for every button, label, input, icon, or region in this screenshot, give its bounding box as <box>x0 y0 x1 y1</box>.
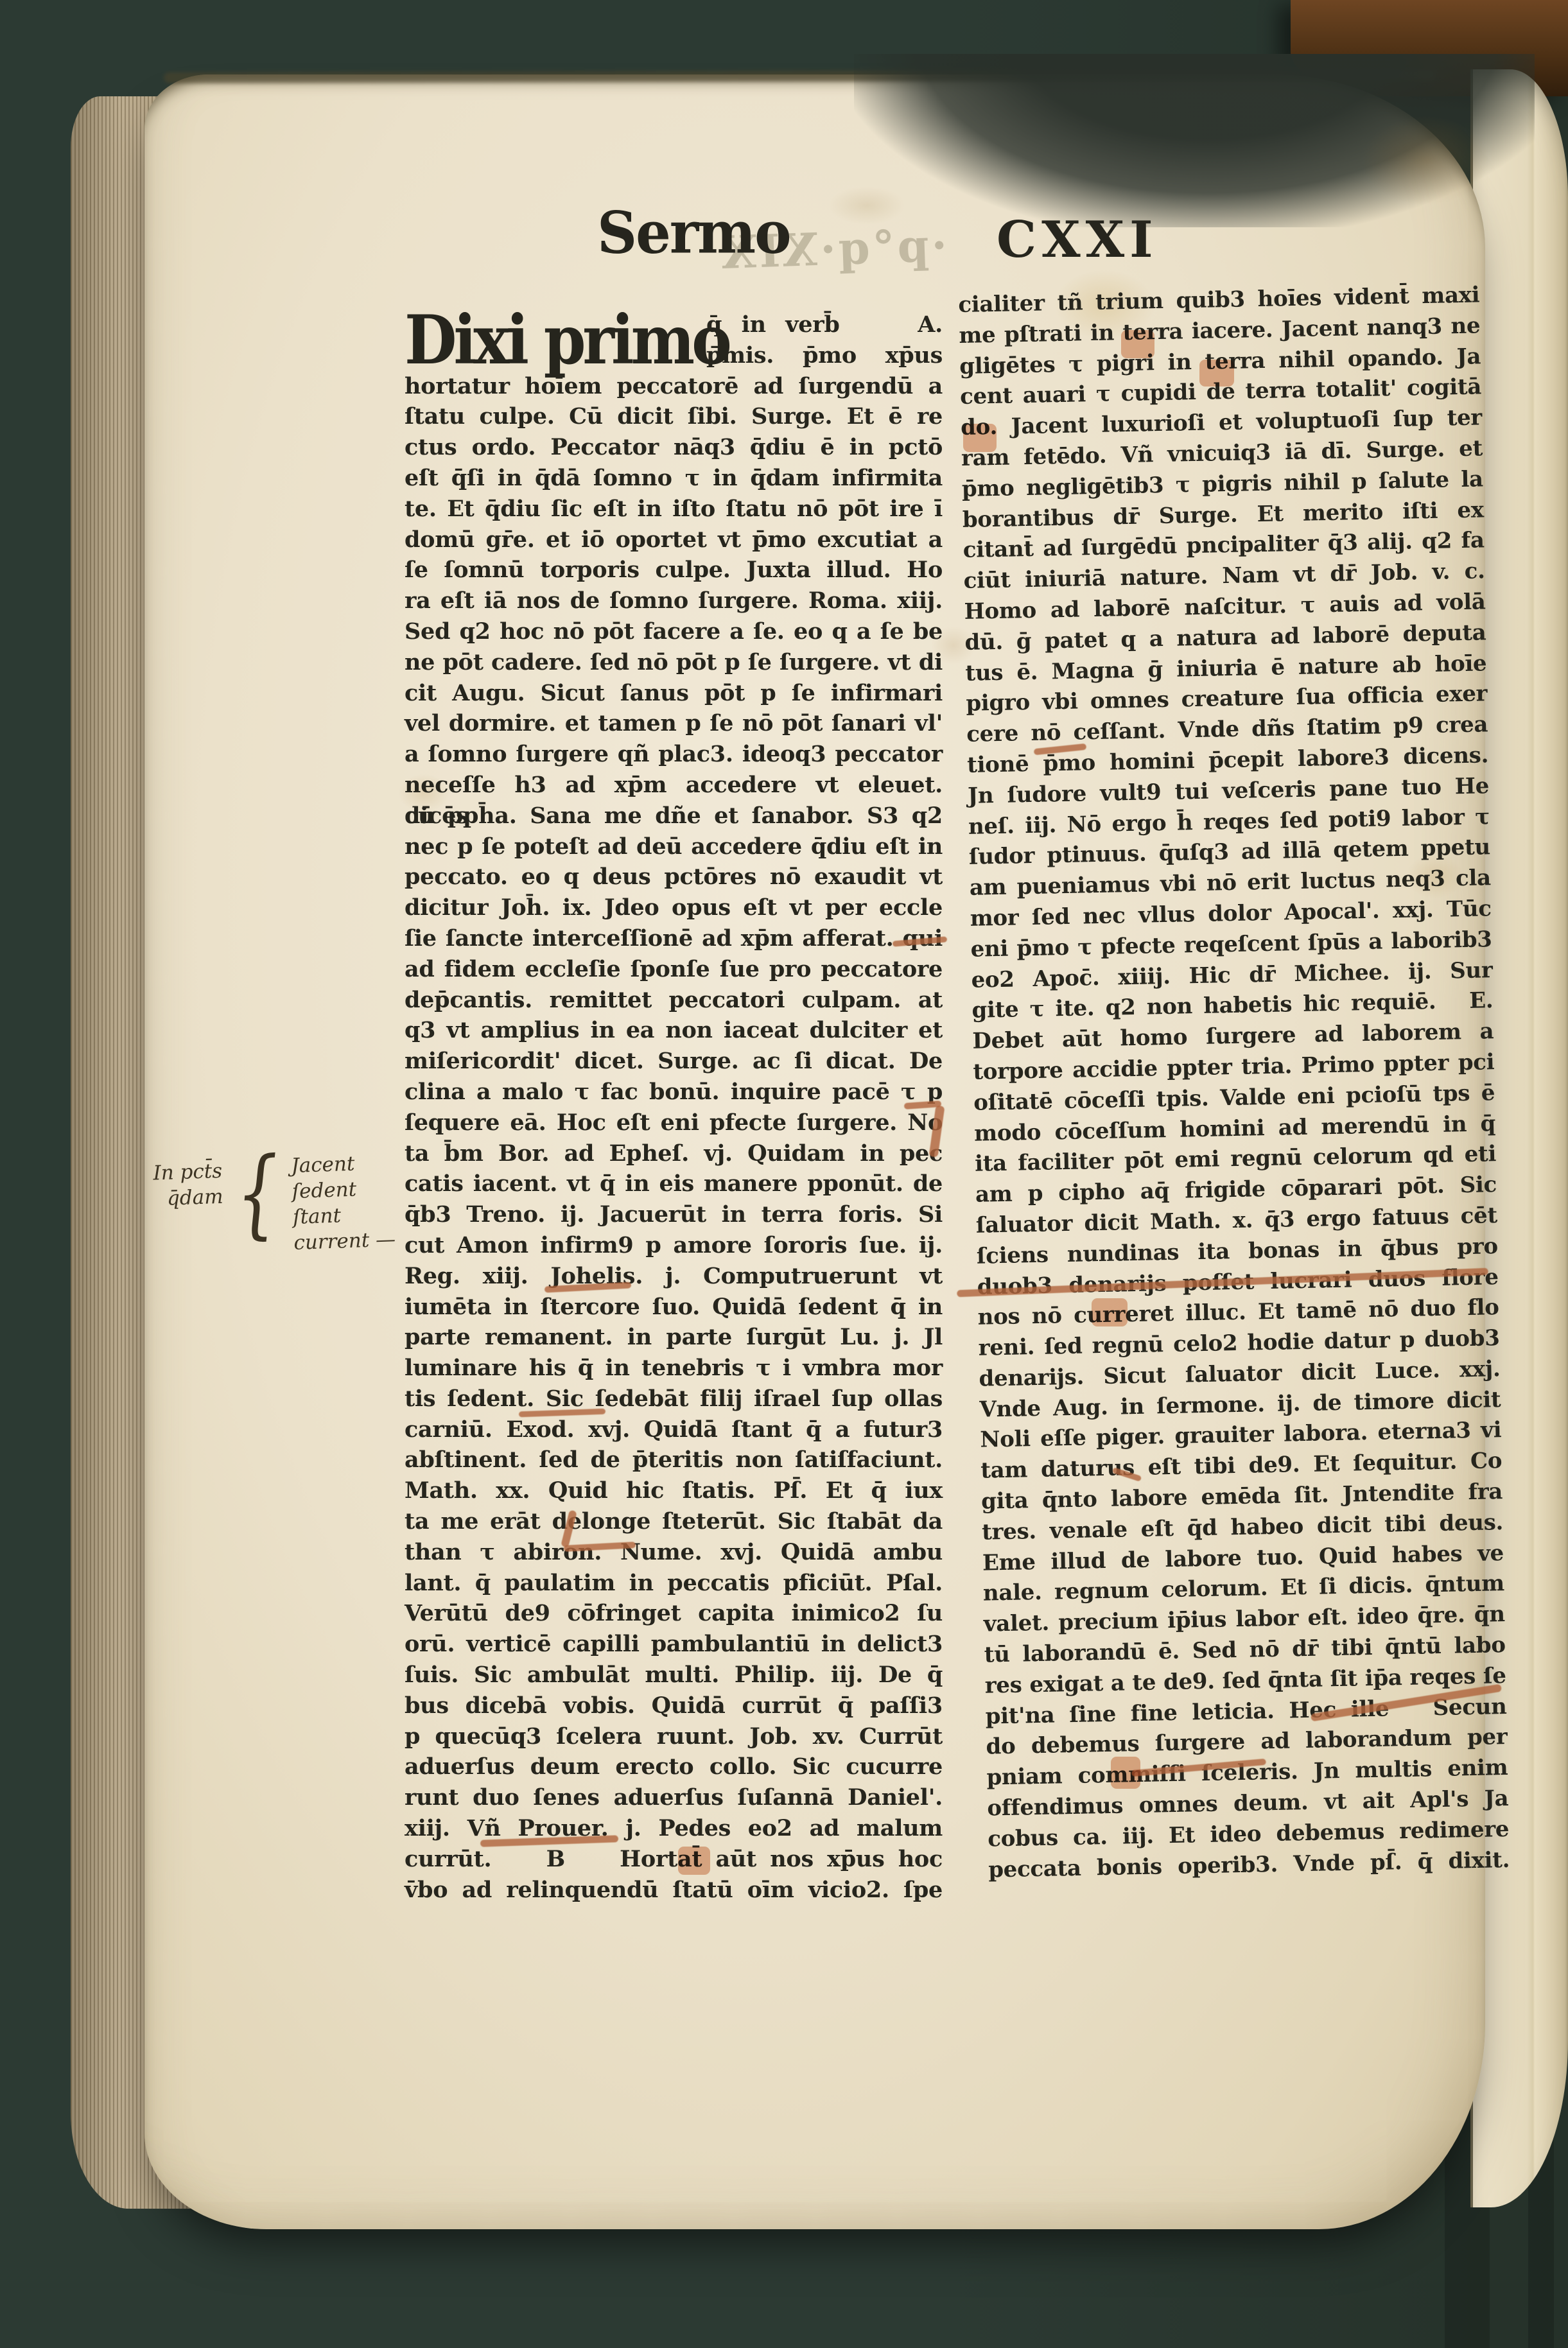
text-line: neceſſe h3 ad xp̄m accedere vt eleuet. d… <box>405 770 943 801</box>
text-column-left: Dixi primo q̄ in verb̄ A.p̄mis. p̄mo xp̄… <box>405 309 943 1905</box>
rubricated-initial-touch <box>1121 330 1154 358</box>
text-column-right: cialiter tñ trium quib3 hoīes vident̄ ma… <box>958 280 1510 1886</box>
text-line: domū gr̄e. et iō oportet vt p̄mo excutia… <box>405 525 943 555</box>
text-line: orū. verticē capilli pambulantiū in deli… <box>405 1629 943 1660</box>
incipit-row: Dixi primo q̄ in verb̄ A.p̄mis. p̄mo xp̄… <box>405 309 943 371</box>
paper-stain <box>828 186 905 225</box>
text-line: luminare his q̄ in tenebris τ i vmbra mo… <box>405 1353 943 1384</box>
handwritten-marginal-note: In pct̄s q̄dam { Jacentſedentſtantcurren… <box>112 1148 398 1262</box>
text-line: abſtinent. ſed de p̄teritis non ſatiſfac… <box>405 1445 943 1475</box>
rubricated-initial-touch <box>678 1847 710 1875</box>
right-column-body: cialiter tñ trium quib3 hoīes vident̄ ma… <box>958 280 1510 1886</box>
text-line: ſe ſomnū torporis culpe. Juxta illud. Ho <box>405 555 943 586</box>
text-line: p̄mis. p̄mo xp̄us <box>706 340 943 371</box>
photograph-of-open-incunabulum: ·p°q·XIX Sermo CXXI Dixi primo q̄ in ver… <box>0 0 1568 2348</box>
marginal-note-label-line2: q̄dam <box>114 1184 223 1213</box>
text-line: ta b̄m Bor. ad Epheſ. vj. Quidam in pec <box>405 1138 943 1169</box>
text-line: v̄bo ad relinquendū ſtatū oīm vicio2. ſp… <box>405 1875 943 1906</box>
incipit-side-lines: q̄ in verb̄ A.p̄mis. p̄mo xp̄us <box>706 309 943 371</box>
text-line: Reg. xiij. Johelis. j. Computruerunt vt <box>405 1261 943 1292</box>
text-line: clina a malo τ fac bonū. inquire pacē τ … <box>405 1077 943 1108</box>
rubricated-initial-touch <box>1199 360 1234 387</box>
text-line: cū pph̄a. Sana me dñe et ſanabor. S3 q2 <box>405 801 943 831</box>
text-line: catis iacent. vt q̄ in eis manere pponūt… <box>405 1169 943 1199</box>
text-line: cit Augu. Sicut ſanus pōt p ſe infirmari <box>405 678 943 709</box>
folio-number: CXXI <box>997 211 1158 269</box>
text-line: ſequere eā. Hoc eſt eni pfecte ſurgere. … <box>405 1108 943 1138</box>
running-title: Sermo <box>597 198 790 266</box>
incipit-large-text: Dixi primo <box>405 309 706 378</box>
text-line: dicitur Joh̄. ix. Jdeo opus eſt vt per e… <box>405 892 943 923</box>
text-line: ſuis. Sic ambulāt multi. Philip. iij. De… <box>405 1660 943 1691</box>
text-line: nec p ſe poteſt ad deū accedere q̄diu eſ… <box>405 831 943 862</box>
text-line: Sed q2 hoc nō pōt facere a ſe. eo q a ſe… <box>405 616 943 647</box>
left-column-body: hortatur hoīem peccatorē ad ſurgendū aſt… <box>405 371 943 1906</box>
text-line: ſtatu culpe. Cū dicit ſibi. Surge. Et ē … <box>405 401 943 432</box>
text-line: currūt. B Hortat̄ aūt nos xp̄us hoc <box>405 1844 943 1875</box>
text-line: eſt q̄ſi in q̄dā ſomno τ in q̄dam infirm… <box>405 463 943 494</box>
rubricated-initial-touch <box>1111 1757 1140 1789</box>
marginal-note-label: In pct̄s q̄dam <box>112 1154 225 1262</box>
text-line: ſie ſancte interceſſionē ad xp̄m afferat… <box>405 923 943 954</box>
text-line: carniū. Exod. xvj. Quidā ſtant q̄ a futu… <box>405 1414 943 1445</box>
marginal-note-brace: { <box>234 1145 281 1258</box>
text-line: aduerſus deum erecto collo. Sic cucurre <box>405 1752 943 1782</box>
text-line: peccato. eo q deus pctōres nō exaudit vt <box>405 862 943 892</box>
text-line: ne pōt cadere. ſed nō pōt p ſe ſurgere. … <box>405 647 943 678</box>
text-line: parte remanent. in parte ſurgūt Lu. j. J… <box>405 1322 943 1353</box>
text-line: a ſomno ſurgere qñ plac3. ideoq3 peccato… <box>405 739 943 770</box>
text-line: p quecūq3 ſcelera ruunt. Job. xv. Currūt <box>405 1721 943 1752</box>
text-line: Math. xx. Quid hic ſtatis. Pſ̄. Et q̄ iu… <box>405 1475 943 1506</box>
text-line: miſericordit' dicet. Surge. ac ſi dicat.… <box>405 1046 943 1077</box>
text-line: current — <box>293 1226 396 1256</box>
text-line: bus dicebā vobis. Quidā currūt q̄ paſſi3 <box>405 1691 943 1721</box>
text-line: ta me erāt delonge ſteterūt. Sic ſtabāt … <box>405 1506 943 1537</box>
text-line: ra eſt iā nos de ſomno ſurgere. Roma. xi… <box>405 586 943 616</box>
text-line: tis ſedent. Sic ſedebāt filij iſrael ſup… <box>405 1384 943 1414</box>
text-line: q̄b3 Treno. ij. Jacuerūt in terra foris.… <box>405 1199 943 1230</box>
text-line: te. Et q̄diu ſic eſt in iſto ſtatu nō pō… <box>405 494 943 525</box>
text-line: iumēta in ſtercore ſuo. Quidā ſedent q̄ … <box>405 1292 943 1323</box>
marginal-note-items: Jacentſedentſtantcurrent — <box>291 1149 396 1256</box>
text-line: cut Amon infirm9 p amore ſororis ſue. ij… <box>405 1230 943 1261</box>
text-line: lant. q̄ paulatim in peccatis pficiūt. P… <box>405 1568 943 1599</box>
text-line: than τ abiron. Nume. xvj. Quidā ambu <box>405 1537 943 1568</box>
text-line: ſedent <box>292 1175 394 1204</box>
text-line: runt duo ſenes aduerſus ſuſannā Daniel'. <box>405 1782 943 1813</box>
rubricated-initial-touch <box>963 424 997 452</box>
text-line: q3 vt amplius in ea non iaceat dulciter … <box>405 1015 943 1046</box>
text-line: vel dormire. et tamen p ſe nō pōt ſanari… <box>405 708 943 739</box>
text-line: q̄ in verb̄ A. <box>706 309 943 340</box>
marginal-note-label-line1: In pct̄s <box>113 1158 223 1188</box>
rubricated-initial-touch <box>1092 1298 1128 1326</box>
text-line: ctus ordo. Peccator nāq3 q̄diu ē in pctō <box>405 432 943 463</box>
text-line: ad fidem eccleſie ſponſe ſue pro peccato… <box>405 954 943 985</box>
text-line: dep̄cantis. remittet peccatori culpam. a… <box>405 985 943 1016</box>
paper-stain <box>1361 116 1490 205</box>
text-line: Verūtū de9 cōfringet capita inimico2 ſu <box>405 1598 943 1629</box>
text-line: Jacent <box>291 1150 394 1179</box>
text-line: ſtant <box>292 1201 395 1230</box>
